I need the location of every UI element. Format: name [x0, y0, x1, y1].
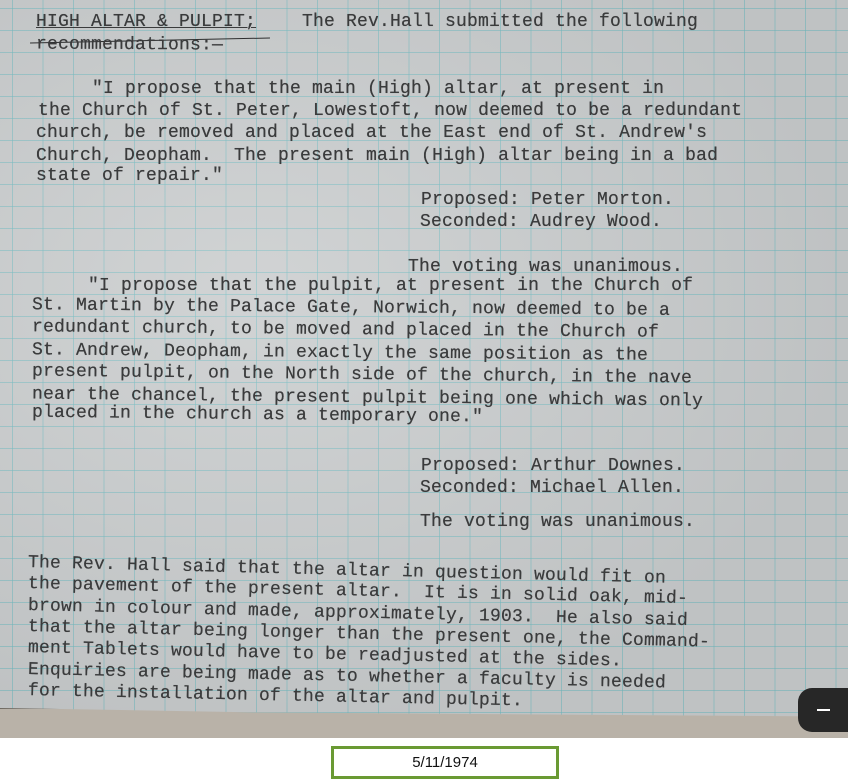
- intro-line-1: The Rev.Hall submitted the following: [302, 12, 698, 32]
- motion2-line: redundant church, to be moved and placed…: [32, 317, 659, 342]
- motion1-line: church, be removed and placed at the Eas…: [36, 123, 707, 143]
- motion1-seconded: Seconded: Audrey Wood.: [420, 212, 662, 232]
- minus-icon: [817, 709, 830, 711]
- paper-edge: [0, 708, 848, 738]
- date-text: 5/11/1974: [412, 754, 478, 771]
- motion1-line: state of repair.": [36, 166, 223, 186]
- document-scan: HIGH ALTAR & PULPIT; The Rev.Hall submit…: [0, 0, 848, 738]
- motion2-proposed: Proposed: Arthur Downes.: [421, 456, 685, 476]
- motion2-line: St. Martin by the Palace Gate, Norwich, …: [32, 295, 670, 321]
- motion2-seconded: Seconded: Michael Allen.: [420, 478, 684, 498]
- minimize-button[interactable]: [798, 688, 848, 732]
- motion1-voting: The voting was unanimous.: [408, 257, 683, 277]
- motion2-voting: The voting was unanimous.: [420, 512, 695, 532]
- intro-line-2: recommendations:—: [36, 35, 223, 56]
- motion1-line: Church, Deopham. The present main (High)…: [36, 146, 718, 166]
- motion2-line: present pulpit, on the North side of the…: [32, 362, 692, 389]
- motion1-line: the Church of St. Peter, Lowestoft, now …: [38, 101, 742, 121]
- section-heading: HIGH ALTAR & PULPIT;: [36, 12, 256, 32]
- motion2-line: placed in the church as a temporary one.…: [32, 403, 483, 428]
- motion1-proposed: Proposed: Peter Morton.: [421, 190, 674, 210]
- motion1-line: "I propose that the main (High) altar, a…: [92, 79, 664, 99]
- motion2-line: "I propose that the pulpit, at present i…: [88, 276, 693, 296]
- date-caption: 5/11/1974: [331, 746, 559, 779]
